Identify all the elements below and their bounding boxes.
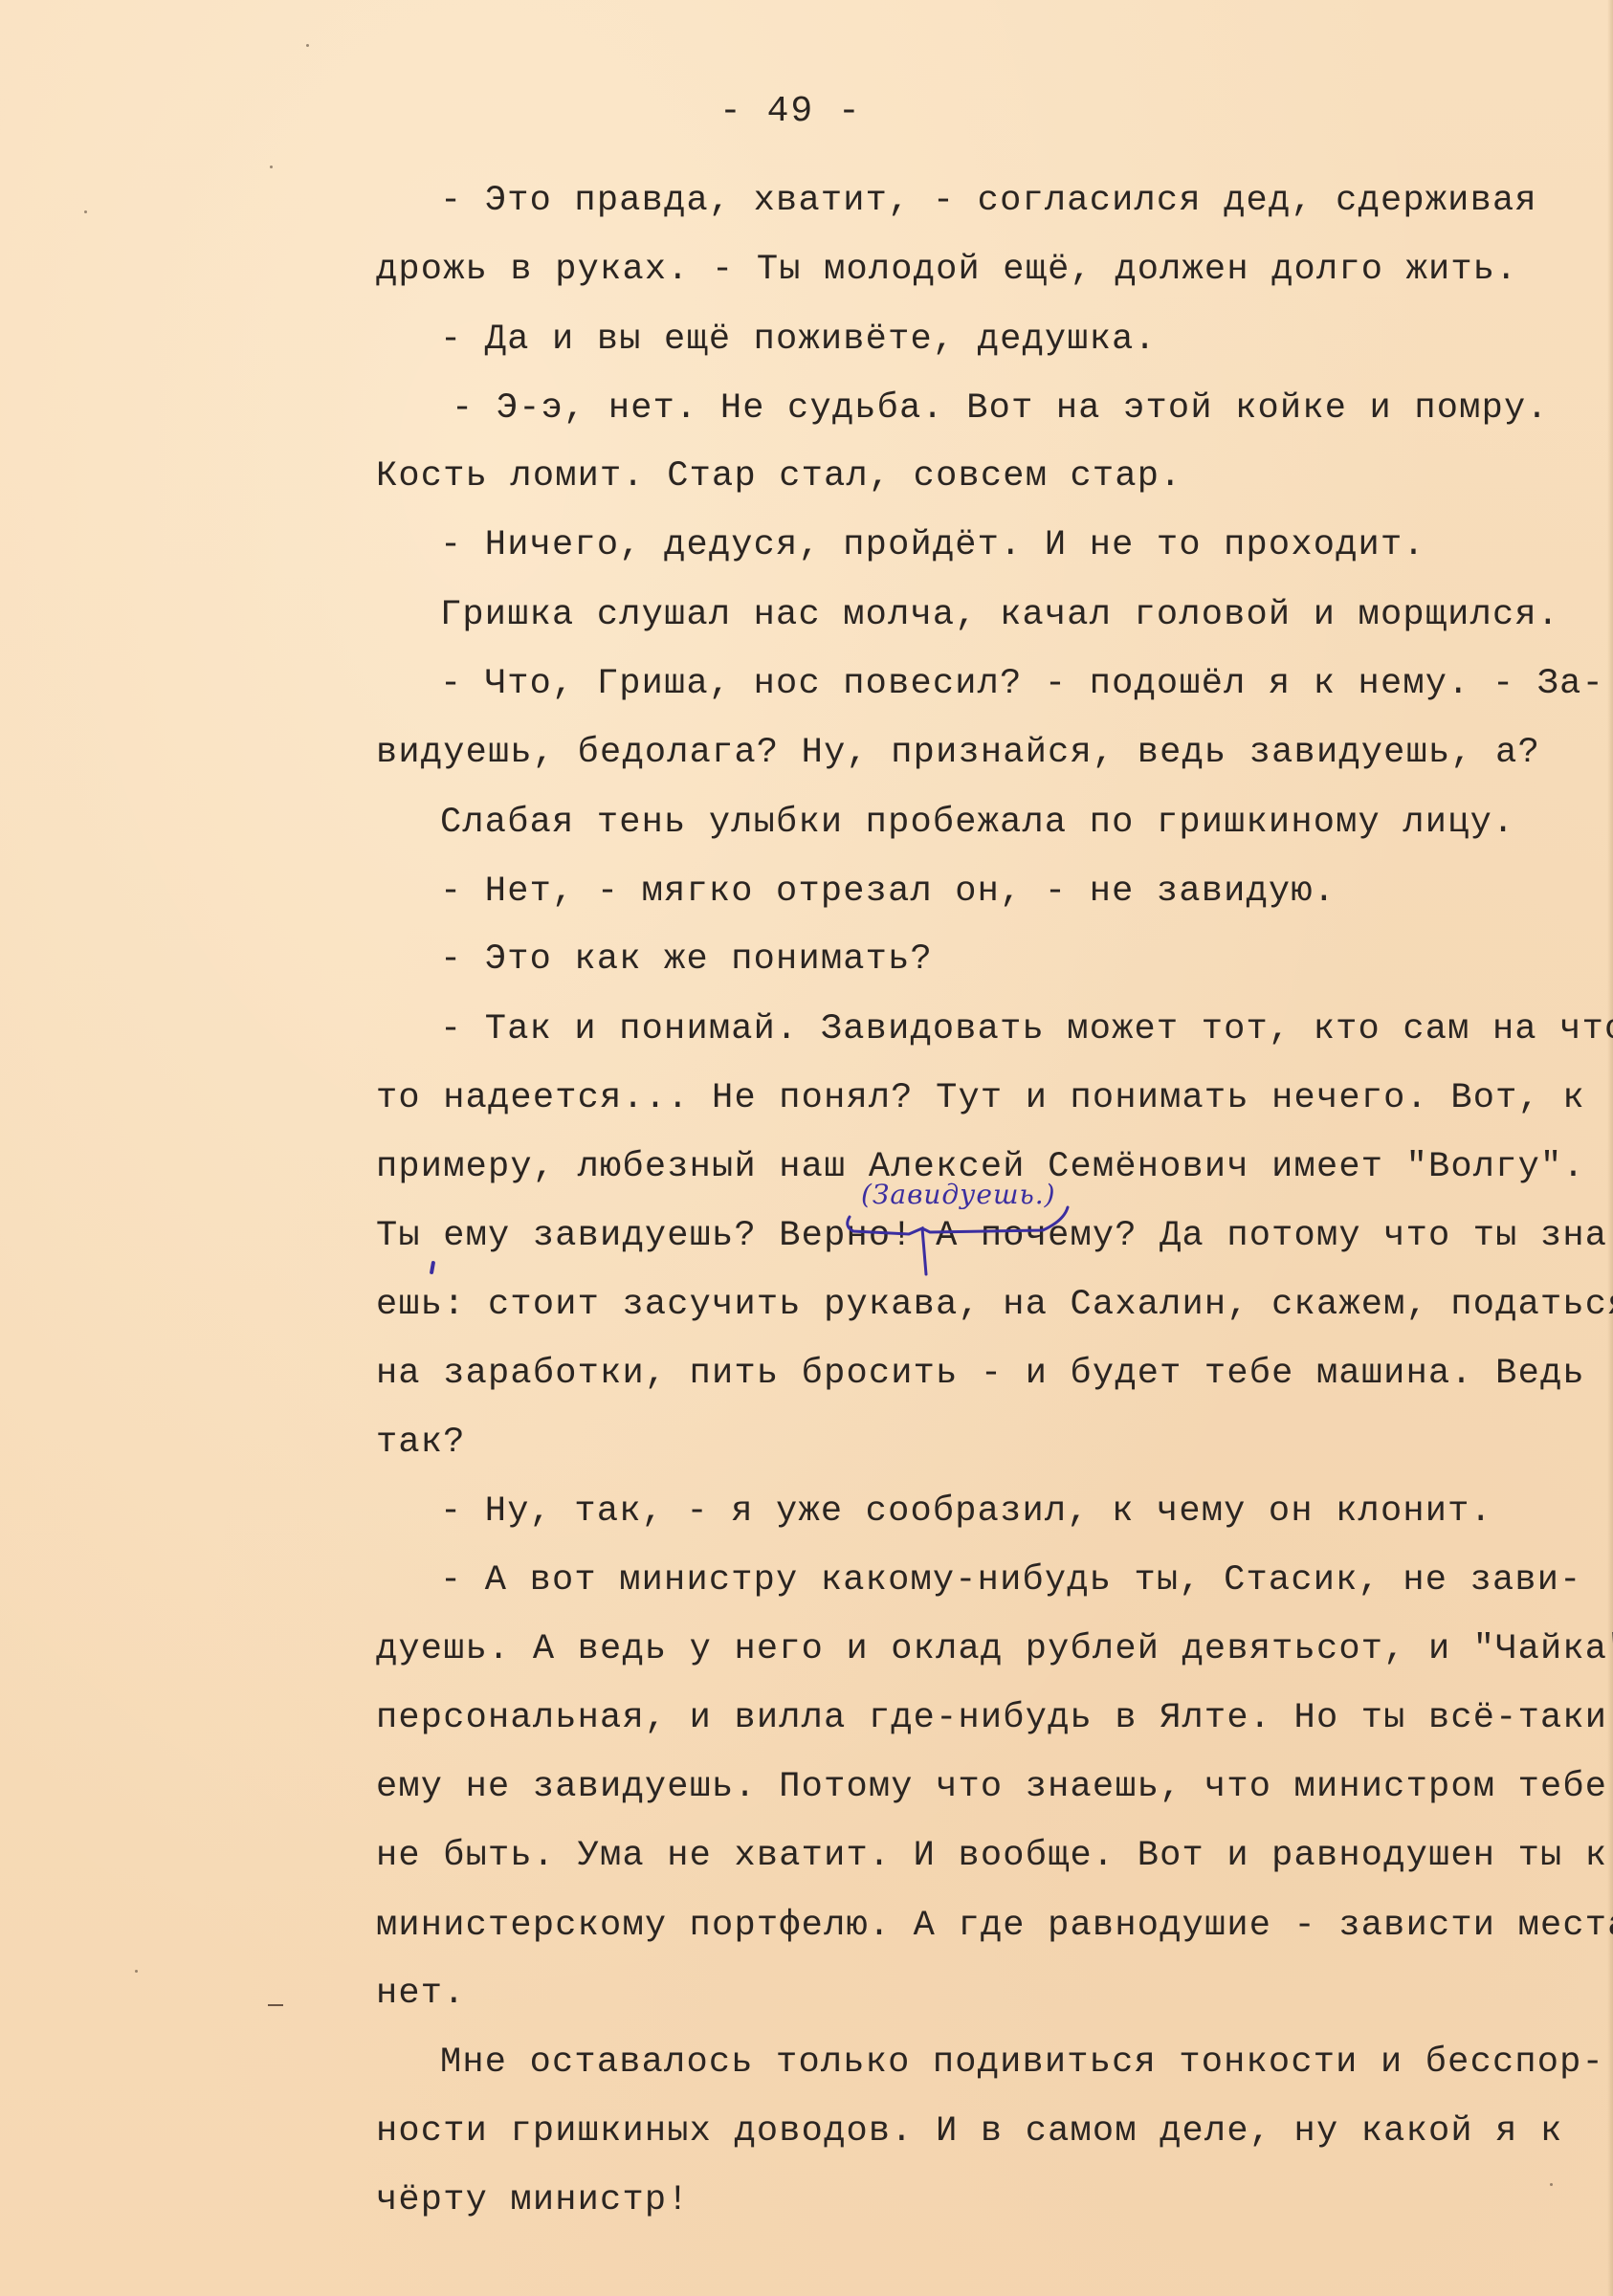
paper-speck bbox=[306, 44, 309, 47]
text-line: - Так и понимай. Завидовать может тот, к… bbox=[440, 1012, 1613, 1048]
handwritten-annotation: (Завидуешь.) bbox=[861, 1179, 1056, 1210]
text-line: - Что, Гриша, нос повесил? - подошёл я к… bbox=[440, 667, 1604, 702]
text-line: - А вот министру какому-нибудь ты, Стаси… bbox=[440, 1563, 1582, 1599]
text-line: - Э-э, нет. Не судьба. Вот на этой койке… bbox=[452, 391, 1549, 427]
text-line: Мне оставалось только подивиться тонкост… bbox=[440, 2045, 1604, 2081]
paper-speck bbox=[135, 1970, 138, 1973]
text-line: Ты ему завидуешь? Верно! А почему? Да по… bbox=[376, 1219, 1613, 1254]
text-line: так? bbox=[376, 1425, 466, 1461]
text-line: - Да и вы ещё поживёте, дедушка. bbox=[440, 322, 1157, 358]
text-line: - Ну, так, - я уже сообразил, к чему он … bbox=[440, 1494, 1492, 1530]
text-line: - Ничего, дедуся, пройдёт. И не то прохо… bbox=[440, 528, 1425, 563]
text-line: чёрту министр! bbox=[376, 2183, 690, 2219]
text-line: то надеется... Не понял? Тут и понимать … bbox=[376, 1081, 1585, 1116]
text-line: видуешь, бедолага? Ну, признайся, ведь з… bbox=[376, 736, 1540, 771]
text-line: Кость ломит. Стар стал, совсем стар. bbox=[376, 459, 1182, 495]
text-line: нет. bbox=[376, 1976, 466, 2012]
paper-speck bbox=[270, 166, 273, 168]
text-line: - Это как же понимать? bbox=[440, 942, 933, 978]
text-line: Слабая тень улыбки пробежала по гришкино… bbox=[440, 806, 1514, 841]
text-line: дрожь в руках. - Ты молодой ещё, должен … bbox=[376, 253, 1518, 288]
margin-mark bbox=[268, 2004, 283, 2006]
text-line: - Нет, - мягко отрезал он, - не завидую. bbox=[440, 874, 1336, 910]
text-line: ешь: стоит засучить рукава, на Сахалин, … bbox=[376, 1288, 1613, 1323]
text-line: на заработки, пить бросить - и будет теб… bbox=[376, 1357, 1585, 1392]
text-line: ему не завидуешь. Потому что знаешь, что… bbox=[376, 1770, 1607, 1805]
text-line: Гришка слушал нас молча, качал головой и… bbox=[440, 598, 1559, 633]
page-number: - 49 - bbox=[719, 91, 862, 132]
text-line: - Это правда, хватит, - согласился дед, … bbox=[440, 184, 1537, 219]
text-line: министерскому портфелю. А где равнодушие… bbox=[376, 1909, 1613, 1944]
text-line: не быть. Ума не хватит. И вообще. Вот и … bbox=[376, 1839, 1607, 1874]
page-edge bbox=[1607, 0, 1613, 2296]
text-line: дуешь. А ведь у него и оклад рублей девя… bbox=[376, 1632, 1613, 1667]
text-line: ности гришкиных доводов. И в самом деле,… bbox=[376, 2114, 1562, 2150]
paper-speck bbox=[1550, 2183, 1553, 2186]
text-line: персональная, и вилла где-нибудь в Ялте.… bbox=[376, 1701, 1607, 1736]
paper-speck bbox=[84, 210, 87, 213]
